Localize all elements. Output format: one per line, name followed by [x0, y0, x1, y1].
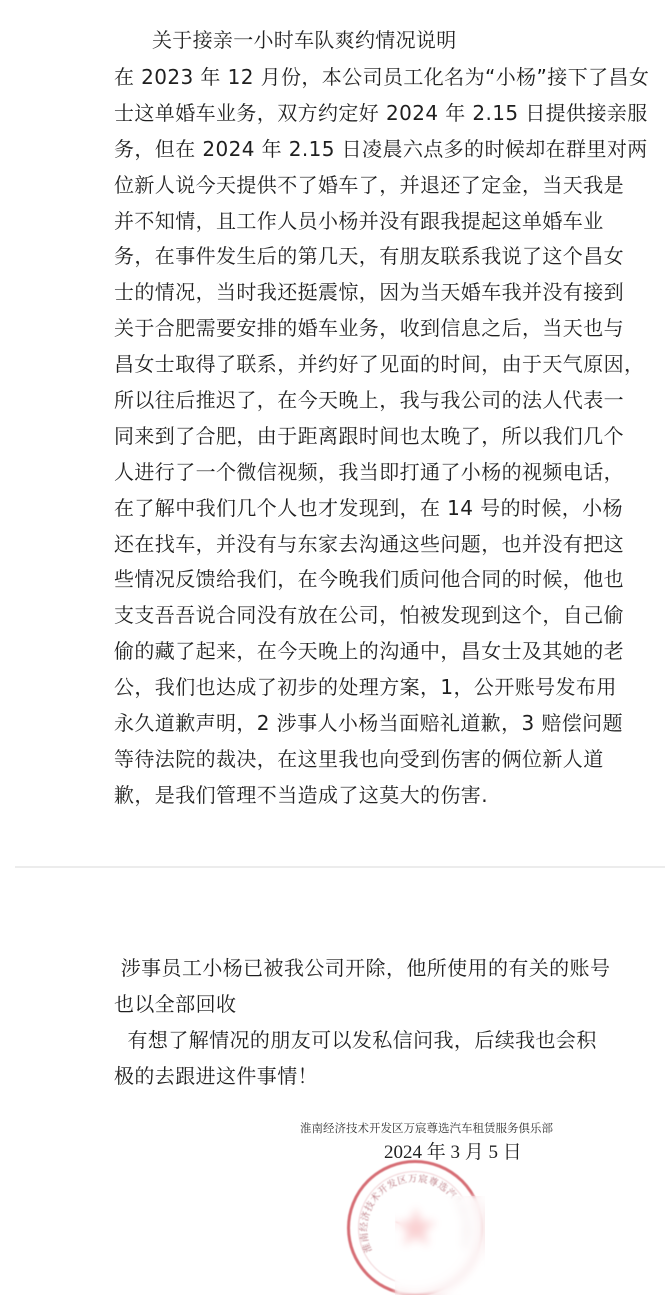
- body-line: 人进行了一个微信视频，我当即打通了小杨的视频电话，: [114, 455, 584, 491]
- followup-notice: 涉事员工小杨已被我公司开除，他所使用的有关的账号 也以全部回收 有想了解情况的朋…: [114, 950, 584, 1094]
- body-line: 支支吾吾说合同没有放在公司，怕被发现到这个，自己偷: [114, 598, 584, 634]
- body-line: 在了解中我们几个人也才发现到，在 14 号的时候，小杨: [114, 491, 584, 527]
- statement-body: 在 2023 年 12 月份，本公司员工化名为“小杨”接下了昌女 士这单婚车业务…: [114, 60, 584, 814]
- notice-line: 有想了解情况的朋友可以发私信问我，后续我也会积: [114, 1022, 584, 1058]
- body-line: 并不知情，且工作人员小杨并没有跟我提起这单婚车业: [114, 204, 584, 240]
- body-line: 歉，是我们管理不当造成了这莫大的伤害.: [114, 778, 584, 814]
- body-line: 同来到了合肥，由于距离跟时间也太晚了，所以我们几个: [114, 419, 584, 455]
- body-line: 偷的藏了起来，在今天晚上的沟通中，昌女士及其她的老: [114, 634, 584, 670]
- body-line: 所以往后推迟了，在今天晚上，我与我公司的法人代表一: [114, 383, 584, 419]
- body-line: 还在找车，并没有与东家去沟通这些问题，也并没有把这: [114, 527, 584, 563]
- body-line: 永久道歉声明，2 涉事人小杨当面赔礼道歉，3 赔偿问题: [114, 706, 584, 742]
- body-line: 在 2023 年 12 月份，本公司员工化名为“小杨”接下了昌女: [114, 60, 584, 96]
- body-line: 士这单婚车业务，双方约定好 2024 年 2.15 日提供接亲服: [114, 96, 584, 132]
- body-line: 务，但在 2024 年 2.15 日凌晨六点多的时候却在群里对两: [114, 132, 584, 168]
- notice-line: 也以全部回收: [114, 986, 584, 1022]
- notice-line: 极的去跟进这件事情！: [114, 1058, 584, 1094]
- body-line: 位新人说今天提供不了婚车了，并退还了定金，当天我是: [114, 168, 584, 204]
- body-line: 务，在事件发生后的第几天，有朋友联系我说了这个昌女: [114, 239, 584, 275]
- signature-company: 淮南经济技术开发区万宸尊选汽车租赁服务俱乐部: [300, 1119, 553, 1137]
- notice-line: 涉事员工小杨已被我公司开除，他所使用的有关的账号: [114, 950, 584, 986]
- document-title: 关于接亲一小时车队爽约情况说明: [152, 27, 457, 53]
- body-line: 等待法院的裁决，在这里我也向受到伤害的俩位新人道: [114, 742, 584, 778]
- body-line: 士的情况，当时我还挺震惊，因为当天婚车我并没有接到: [114, 275, 584, 311]
- body-line: 些情况反馈给我们，在今晚我们质问他合同的时候，他也: [114, 562, 584, 598]
- page-divider: [15, 866, 665, 868]
- body-line: 昌女士取得了联系，并约好了见面的时间，由于天气原因，: [114, 347, 584, 383]
- body-line: 关于合肥需要安排的婚车业务，收到信息之后，当天也与: [114, 311, 584, 347]
- body-line: 公，我们也达成了初步的处理方案，1，公开账号发布用: [114, 670, 584, 706]
- redaction-blur: [395, 1196, 485, 1295]
